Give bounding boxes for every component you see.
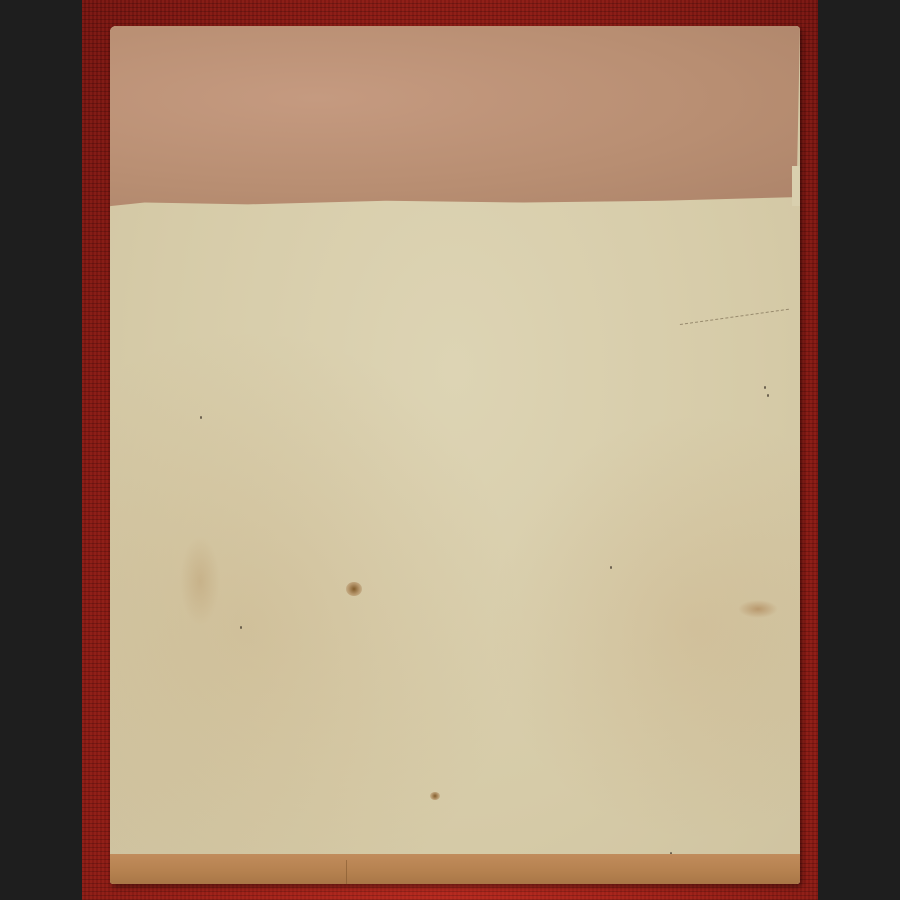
top-paper-strip — [110, 26, 800, 208]
letterbox-left — [0, 0, 82, 900]
foxing-stain — [346, 582, 362, 596]
bottom-paper-strip — [110, 854, 800, 884]
foxing-stain — [738, 600, 778, 618]
bottom-strip-seam — [346, 860, 347, 884]
top-strip-torn-corner — [792, 166, 800, 206]
speck — [767, 394, 769, 397]
antique-card-mount — [110, 26, 800, 884]
photo-stage — [0, 0, 900, 900]
speck — [764, 386, 766, 389]
foxing-stain — [180, 536, 220, 626]
foxing-stain — [430, 792, 440, 800]
letterbox-right — [818, 0, 900, 900]
speck — [200, 416, 202, 419]
speck — [610, 566, 612, 569]
speck — [240, 626, 242, 629]
